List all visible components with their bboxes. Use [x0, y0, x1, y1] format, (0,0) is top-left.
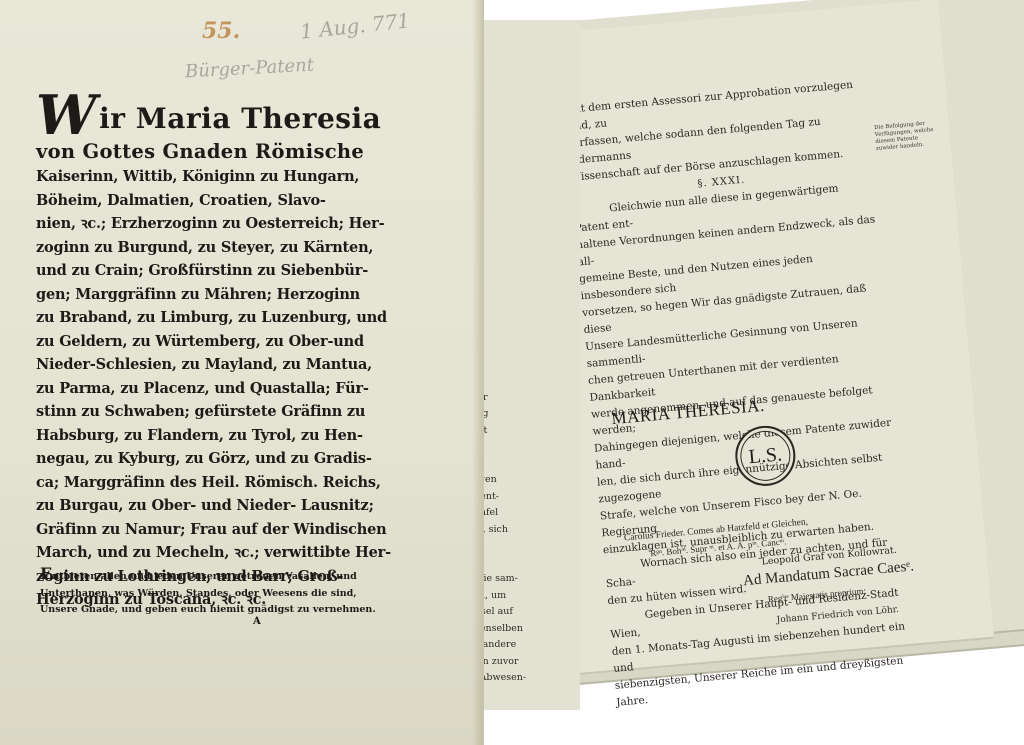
- drop-cap: W: [36, 95, 97, 135]
- title-line: stinn zu Schwaben; gefürstete Gräfinn zu: [36, 400, 336, 424]
- title-line: Nieder-Schlesien, zu Mayland, zu Mantua,: [36, 353, 336, 377]
- title-line: Böheim, Dalmatien, Croatien, Slavo-: [36, 189, 336, 213]
- margin-note: Die Befolgung der Verfügungen, welche di…: [874, 120, 936, 153]
- title-line: zoginn zu Burgund, zu Steyer, zu Kärnten…: [36, 236, 336, 260]
- closing-line: Unsere Gnade, und geben euch hiemit gnäd…: [40, 602, 340, 619]
- title-line: zu Parma, zu Placenz, und Quastalla; Für…: [36, 377, 336, 401]
- catchword: A: [253, 616, 261, 627]
- decree-subtitle: von Gottes Gnaden Römische: [36, 139, 336, 165]
- title-line: Gräfinn zu Namur; Frau auf der Windische…: [36, 518, 336, 542]
- closing-line: Unterthanen, was Würden, Standes, oder W…: [40, 586, 340, 603]
- title-line: gen; Marggräfinn zu Mähren; Herzoginn: [36, 283, 336, 307]
- decree-title-block: Wir Maria Theresia von Gottes Gnaden Röm…: [36, 95, 336, 612]
- page-edge-shadow: [472, 0, 482, 745]
- initial-capital: E: [40, 564, 52, 583]
- title-line: Habsburg, zu Flandern, zu Tyrol, zu Hen-: [36, 424, 336, 448]
- handwritten-number: 55.: [202, 18, 240, 44]
- title-line: nien, ꝛc.; Erzherzoginn zu Oesterreich; …: [36, 212, 336, 236]
- left-document-page: 55. 1 Aug. 771 Bürger-Patent Wir Maria T…: [0, 0, 482, 745]
- title-line: Kaiserinn, Wittib, Königinn zu Hungarn,: [36, 165, 336, 189]
- title-line: ca; Marggräfinn des Heil. Römisch. Reich…: [36, 471, 336, 495]
- handwritten-annotation: Bürger-Patent: [185, 55, 315, 83]
- closing-line: Entbieten allen und jeden Unseren getreu…: [40, 566, 340, 586]
- title-line: zu Braband, zu Limburg, zu Luzenburg, un…: [36, 306, 336, 330]
- title-line: March, und zu Mecheln, ꝛc.; verwittibte …: [36, 541, 336, 565]
- handwritten-date: 1 Aug. 771: [299, 8, 411, 43]
- title-line: negau, zu Kyburg, zu Görz, und zu Gradis…: [36, 447, 336, 471]
- title-text: ir Maria Theresia: [99, 102, 381, 135]
- title-line: und zu Crain; Großfürstinn zu Siebenbür-: [36, 259, 336, 283]
- decree-opening-paragraph: Entbieten allen und jeden Unseren getreu…: [40, 566, 340, 619]
- title-line: zu Geldern, zu Würtemberg, zu Ober-und: [36, 330, 336, 354]
- seal-label: L.S.: [748, 443, 783, 469]
- title-line: zu Burgau, zu Ober- und Nieder- Lausnitz…: [36, 494, 336, 518]
- decree-title: Wir Maria Theresia: [36, 95, 336, 139]
